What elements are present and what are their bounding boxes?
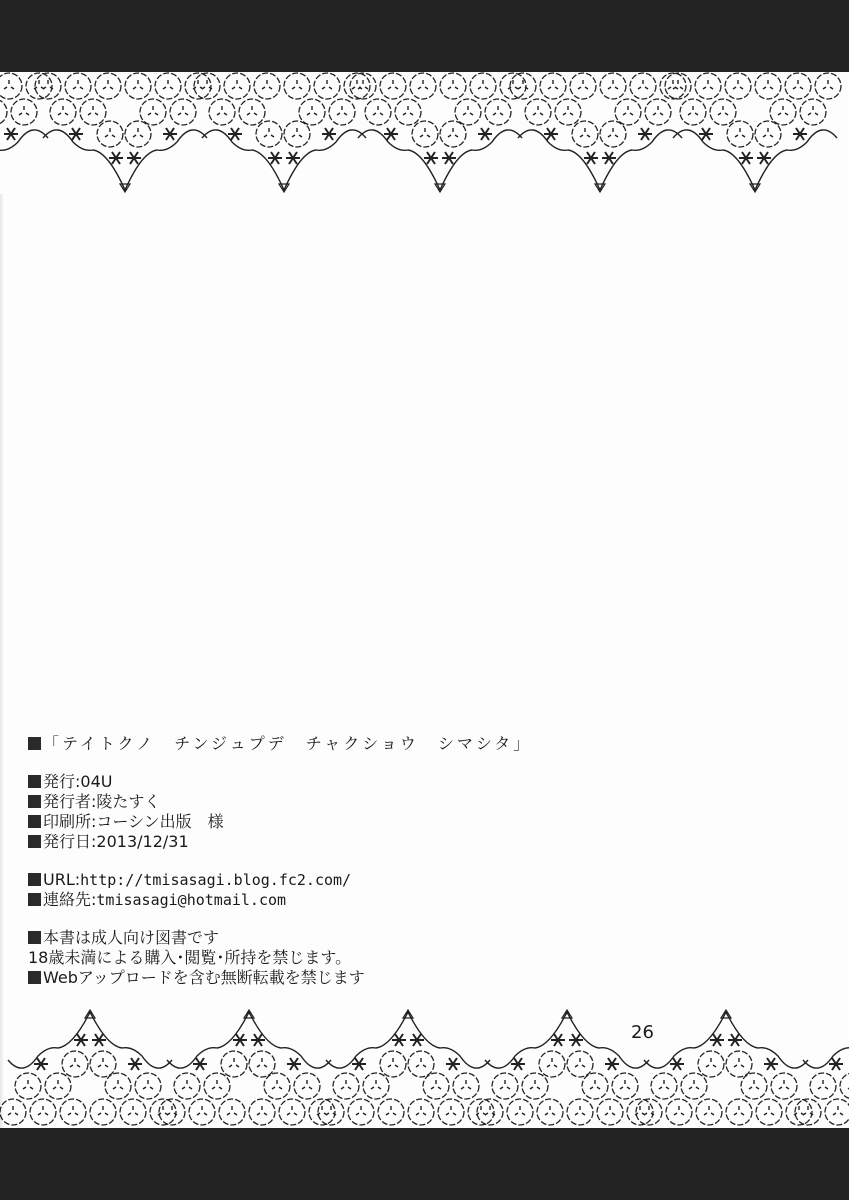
publisher-label: 発行: [43,772,80,791]
publisher-line: 発行:04U [28,772,532,792]
contact-line: 連絡先:tmisasagi@hotmail.com [28,890,532,910]
date-value: 2013/12/31 [96,832,188,851]
book-title: 「テイトクノ チンジュプデ チャクショウ シマシタ」 [43,734,532,753]
age-restriction-notice: 18歳未満による購入･閲覧･所持を禁じます。 [28,948,351,967]
url-label: URL: [43,870,80,889]
contact-email[interactable]: tmisasagi@hotmail.com [96,891,286,909]
author-value: 陵たすく [96,792,160,811]
contact-label: 連絡先: [43,890,96,909]
scan-edge-shadow [0,72,4,1128]
url-line: URL:http://tmisasagi.blog.fc2.com/ [28,870,532,890]
top-dark-band [0,0,849,72]
bottom-lace-border-icon [0,1008,849,1128]
page-number: 26 [631,1022,654,1043]
author-label: 発行者: [43,792,96,811]
publisher-value: 04U [80,772,112,791]
black-square-icon [28,971,41,984]
date-label: 発行日: [43,832,96,851]
reproduction-notice: Webアップロードを含む無断転載を禁じます [43,968,365,987]
black-square-icon [28,835,41,848]
black-square-icon [28,737,41,750]
url-link[interactable]: http://tmisasagi.blog.fc2.com/ [80,871,351,889]
book-title-line: 「テイトクノ チンジュプデ チャクショウ シマシタ」 [28,734,532,754]
author-line: 発行者:陵たすく [28,792,532,812]
black-square-icon [28,931,41,944]
top-lace-border-icon [0,72,849,194]
black-square-icon [28,795,41,808]
date-line: 発行日:2013/12/31 [28,832,532,852]
bottom-dark-band [0,1128,849,1200]
printer-value: コーシン出版 様 [96,812,223,831]
adult-notice: 本書は成人向け図書です [43,928,219,947]
printer-label: 印刷所: [43,812,96,831]
black-square-icon [28,815,41,828]
notice-line-1: 本書は成人向け図書です [28,928,532,948]
colophon: 「テイトクノ チンジュプデ チャクショウ シマシタ」 発行:04U 発行者:陵た… [28,734,532,988]
black-square-icon [28,873,41,886]
notice-line-2: 18歳未満による購入･閲覧･所持を禁じます。 [28,948,532,968]
black-square-icon [28,893,41,906]
black-square-icon [28,775,41,788]
notice-line-3: Webアップロードを含む無断転載を禁じます [28,968,532,988]
printer-line: 印刷所:コーシン出版 様 [28,812,532,832]
